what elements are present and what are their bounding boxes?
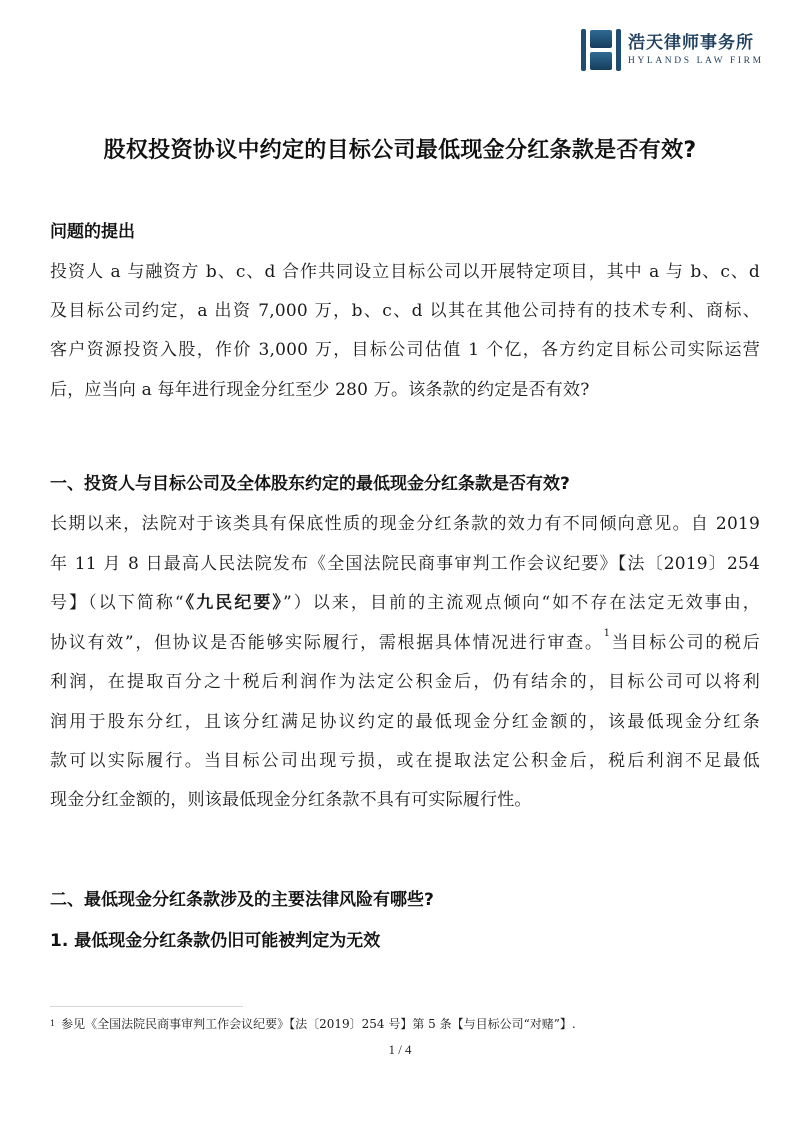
paragraph-line: 号】（以下简称“《九民纪要》”）以来，目前的主流观点倾向“如不存在法定无效事由， [50,591,760,615]
paragraph-line: 润用于股东分红，且该分红满足协议约定的最低现金分红金额的，该最低现金分红条 [50,710,760,734]
paragraph-line: 投资人 a 与融资方 b、c、d 合作共同设立目标公司以开展特定项目，其中 a … [50,260,760,284]
firm-logo: 浩天律师事务所 HYLANDS LAW FIRM [581,30,764,70]
paragraph-line: 款可以实际履行。当目标公司出现亏损，或在提取法定公积金后，税后利润不足最低 [50,749,760,773]
paragraph-line: 利润，在提取百分之十税后利润作为法定公积金后，仍有结余的，目标公司可以将利 [50,670,760,694]
paragraph-line: 长期以来，法院对于该类具有保底性质的现金分红条款的效力有不同倾向意见。自 201… [50,512,760,536]
paragraph-text: ”）以来，目前的主流观点倾向“如不存在法定无效事由， [283,593,760,613]
footnote-number: 1 [50,1019,55,1028]
paragraph-text: 号】（以下简称“ [50,593,184,613]
document-title: 股权投资协议中约定的目标公司最低现金分红条款是否有效? [0,133,800,164]
abbreviation-term: 《九民纪要》 [184,593,283,613]
section-heading-2: 二、最低现金分红条款涉及的主要法律风险有哪些? [50,888,434,912]
section-heading-1: 一、投资人与目标公司及全体股东约定的最低现金分红条款是否有效? [50,472,570,496]
footnote: 1参见《全国法院民商事审判工作会议纪要》【法〔2019〕254 号】第 5 条【… [50,1015,576,1033]
section-heading-question: 问题的提出 [50,220,135,244]
paragraph-line: 协议有效”，但协议是否能够实际履行，需根据具体情况进行审查。1当目标公司的税后 [50,631,760,655]
paragraph-text: 协议有效”，但协议是否能够实际履行，需根据具体情况进行审查。 [50,633,604,653]
paragraph-line: 客户资源投资入股，作价 3,000 万，目标公司估值 1 个亿，各方约定目标公司… [50,338,760,362]
subsection-heading-1: 1. 最低现金分红条款仍旧可能被判定为无效 [50,929,380,953]
paragraph-line: 年 11 月 8 日最高人民法院发布《全国法院民商事审判工作会议纪要》【法〔20… [50,552,760,576]
paragraph-text: 当目标公司的税后 [610,633,760,653]
paragraph-line: 现金分红金额的，则该最低现金分红条款不具有可实际履行性。 [50,788,760,812]
paragraph-line: 及目标公司约定，a 出资 7,000 万，b、c、d 以其在其他公司持有的技术专… [50,299,760,323]
firm-logo-mark-icon [581,29,621,71]
footnote-reference[interactable]: 1 [604,628,611,639]
page-number: 1 / 4 [0,1042,800,1058]
footnote-text: 参见《全国法院民商事审判工作会议纪要》【法〔2019〕254 号】第 5 条【与… [61,1017,576,1031]
footnote-divider [50,1006,243,1007]
paragraph-line: 后，应当向 a 每年进行现金分红至少 280 万。该条款的约定是否有效? [50,378,760,402]
firm-name-en: HYLANDS LAW FIRM [628,55,764,67]
firm-name-cn: 浩天律师事务所 [628,33,764,53]
